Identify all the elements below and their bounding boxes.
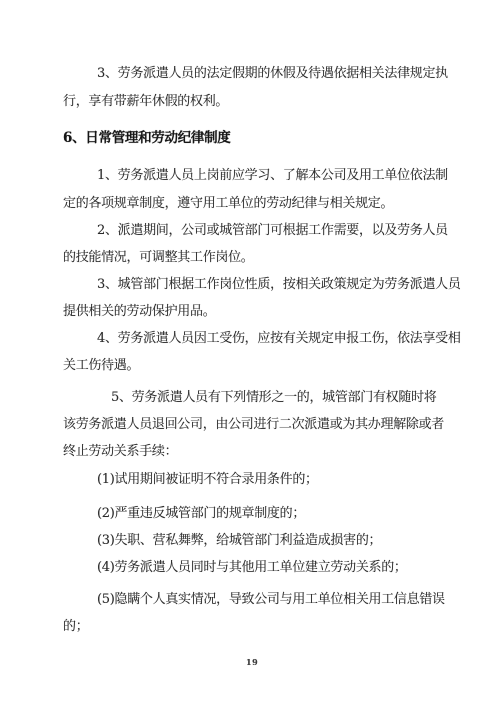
section-heading: 6、日常管理和劳动纪律制度 — [63, 129, 231, 148]
subitem5-line2: 的； — [63, 617, 88, 636]
subitem4: (4)劳务派遣人员同时与其他用工单位建立劳动关系的； — [97, 558, 407, 577]
item5-line3: 终止劳动关系手续： — [63, 442, 177, 461]
item1-line1: 1、劳务派遣人员上岗前应学习、了解本公司及用工单位依法制 — [97, 166, 448, 185]
item4-line2: 关工伤待遇。 — [63, 356, 139, 375]
para3-line2: 行，享有带薪年休假的权利。 — [63, 92, 228, 111]
item1-line2: 定的各项规章制度，遵守用工单位的劳动纪律与相关规定。 — [63, 194, 393, 213]
item3-line2: 提供相关的劳动保护用品。 — [63, 302, 215, 321]
subitem3: (3)失职、营私舞弊，给城管部门利益造成损害的； — [97, 531, 381, 550]
page-number: 19 — [246, 653, 258, 672]
item2-line2: 的技能情况，可调整其工作岗位。 — [63, 248, 254, 267]
document-page: 3、劳务派遣人员的法定假期的休假及待遇依据相关法律规定执行，享有带薪年休假的权利… — [0, 0, 500, 707]
item5-line2: 该劳务派遣人员退回公司，由公司进行二次派遣或为其办理解除或者 — [63, 415, 444, 434]
para3-line1: 3、劳务派遣人员的法定假期的休假及待遇依据相关法律规定执 — [97, 64, 448, 83]
subitem1: (1)试用期间被证明不符合录用条件的； — [97, 470, 318, 489]
item2-line1: 2、派遣期间，公司或城管部门可根据工作需要，以及劳务人员 — [97, 221, 448, 240]
item5-line1: 5、劳务派遣人员有下列情形之一的，城管部门有权随时将 — [111, 388, 436, 407]
item4-line1: 4、劳务派遣人员因工受伤，应按有关规定申报工伤，依法享受相 — [97, 329, 461, 348]
subitem2: (2)严重违反城管部门的规章制度的； — [97, 504, 305, 523]
subitem5-line1: (5)隐瞒个人真实情况，导致公司与用工单位相关用工信息错误 — [97, 590, 445, 609]
item3-line1: 3、城管部门根据工作岗位性质，按相关政策规定为劳务派遣人员 — [97, 275, 461, 294]
